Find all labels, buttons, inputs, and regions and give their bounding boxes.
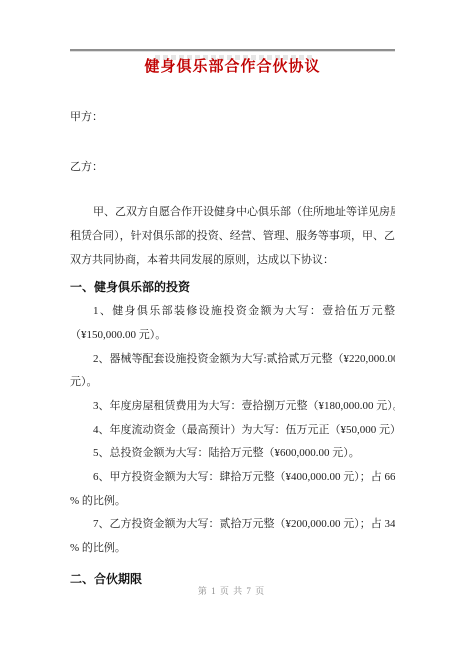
investment-item-7-line-1: 7、乙方投资金额为大写：贰拾万元整（¥200,000.00 元）；占 34 (70, 513, 395, 537)
intro-line-3: 双方共同协商，本着共同发展的原则，达成以下协议： (70, 249, 395, 273)
intro-paragraph: 甲、乙双方自愿合作开设健身中心俱乐部（住所地址等详见房屋 租赁合同），针对俱乐部… (70, 201, 395, 272)
investment-item-4: 4、年度流动资金（最高预计）为大写：伍万元正（¥50,000 元）。 (70, 419, 395, 443)
investment-item-3: 3、年度房屋租赁费用为大写：壹拾捌万元整（¥180,000.00 元）。 (70, 395, 395, 419)
section-1-heading: 一、健身俱乐部的投资 (70, 276, 395, 300)
party-a-label: 甲方： (70, 106, 395, 130)
investment-item-2-line-2: 元）。 (70, 371, 395, 395)
document-page: 健身俱乐部合作合伙协议 甲方： 乙方： 甲、乙双方自愿合作开设健身中心俱乐部（住… (0, 0, 463, 655)
document-content: 健身俱乐部合作合伙协议 甲方： 乙方： 甲、乙双方自愿合作开设健身中心俱乐部（住… (70, 0, 395, 591)
investment-item-1-line-2: （¥150,000.00 元）。 (70, 324, 395, 348)
investment-item-2-line-1: 2、器械等配套设施投资金额为大写:贰拾贰万元整（¥220,000.00 (70, 348, 395, 372)
page-number: 第 1 页 共 7 页 (0, 585, 463, 597)
investment-item-1-line-1: 1、健身俱乐部装修设施投资金额为大写：壹拾伍万元整 (70, 300, 395, 324)
intro-line-1: 甲、乙双方自愿合作开设健身中心俱乐部（住所地址等详见房屋 (70, 201, 395, 225)
investment-item-7-line-2: % 的比例。 (70, 537, 395, 561)
party-b-label: 乙方： (70, 156, 395, 180)
section-1-items: 1、健身俱乐部装修设施投资金额为大写：壹拾伍万元整 （¥150,000.00 元… (70, 300, 395, 561)
document-title: 健身俱乐部合作合伙协议 (70, 56, 395, 78)
investment-item-6-line-1: 6、甲方投资金额为大写：肆拾万元整（¥400,000.00 元）；占 66 (70, 466, 395, 490)
investment-item-6-line-2: % 的比例。 (70, 490, 395, 514)
intro-line-2: 租赁合同），针对俱乐部的投资、经营、管理、服务等事项，甲、乙 (70, 225, 395, 249)
investment-item-5: 5、总投资金额为大写：陆拾万元整（¥600,000.00 元）。 (70, 442, 395, 466)
